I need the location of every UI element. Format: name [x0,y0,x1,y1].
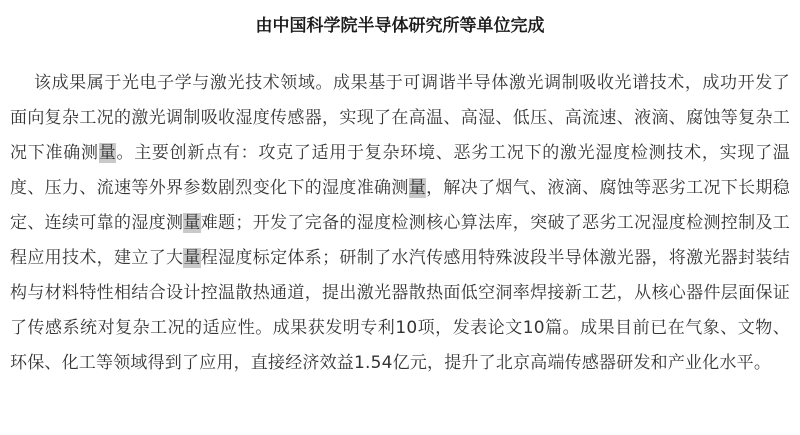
document: 由中国科学院半导体研究所等单位完成 该成果属于光电子学与激光技术领域。成果基于可… [0,0,800,435]
article-paragraph: 该成果属于光电子学与激光技术领域。成果基于可调谐半导体激光调制吸收光谱技术，成功… [10,66,790,381]
article-title: 由中国科学院半导体研究所等单位完成 [10,14,790,38]
search-highlight: 量 [99,143,117,163]
search-highlight: 量 [183,213,200,233]
search-highlight: 量 [183,248,200,268]
search-highlight: 量 [409,178,426,198]
